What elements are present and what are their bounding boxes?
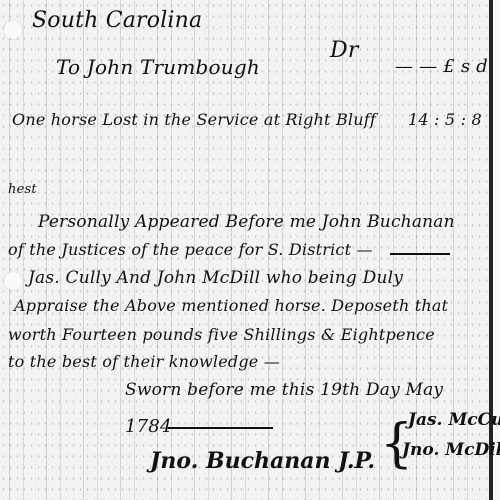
deponent-signature-2: Jno. McDill xyxy=(402,440,500,460)
punch-hole-middle xyxy=(4,272,22,290)
debtor-line: To John Trumbough xyxy=(56,55,260,79)
body-line-3: Jas. Cully And John McDill who being Dul… xyxy=(28,268,403,288)
jurat-year: 1784 xyxy=(125,416,172,437)
body-line-2: of the Justices of the peace for S. Dist… xyxy=(8,240,373,259)
margin-note: hest xyxy=(8,182,37,197)
document-page: South Carolina To John Trumbough Dr — — … xyxy=(0,0,500,500)
body-line-5: worth Fourteen pounds five Shillings & E… xyxy=(8,325,435,344)
body-line-1: Personally Appeared Before me John Bucha… xyxy=(38,212,455,232)
deponent-signature-1: Jas. McCully xyxy=(408,410,500,430)
body-line-6: to the best of their knowledge — xyxy=(8,352,280,371)
justice-signature: Jno. Buchanan J.P. xyxy=(150,448,375,474)
rule xyxy=(390,253,450,255)
punch-hole-top xyxy=(4,21,22,39)
jurat-line: Sworn before me this 19th Day May xyxy=(125,380,443,400)
rule xyxy=(168,427,273,429)
body-line-4: Appraise the Above mentioned horse. Depo… xyxy=(14,296,448,315)
dr-label: Dr xyxy=(330,38,359,63)
account-amount: 14 : 5 : 8 xyxy=(408,110,482,129)
account-item: One horse Lost in the Service at Right B… xyxy=(12,110,376,129)
currency-header: — — £ s d xyxy=(395,56,488,77)
heading: South Carolina xyxy=(32,8,202,33)
